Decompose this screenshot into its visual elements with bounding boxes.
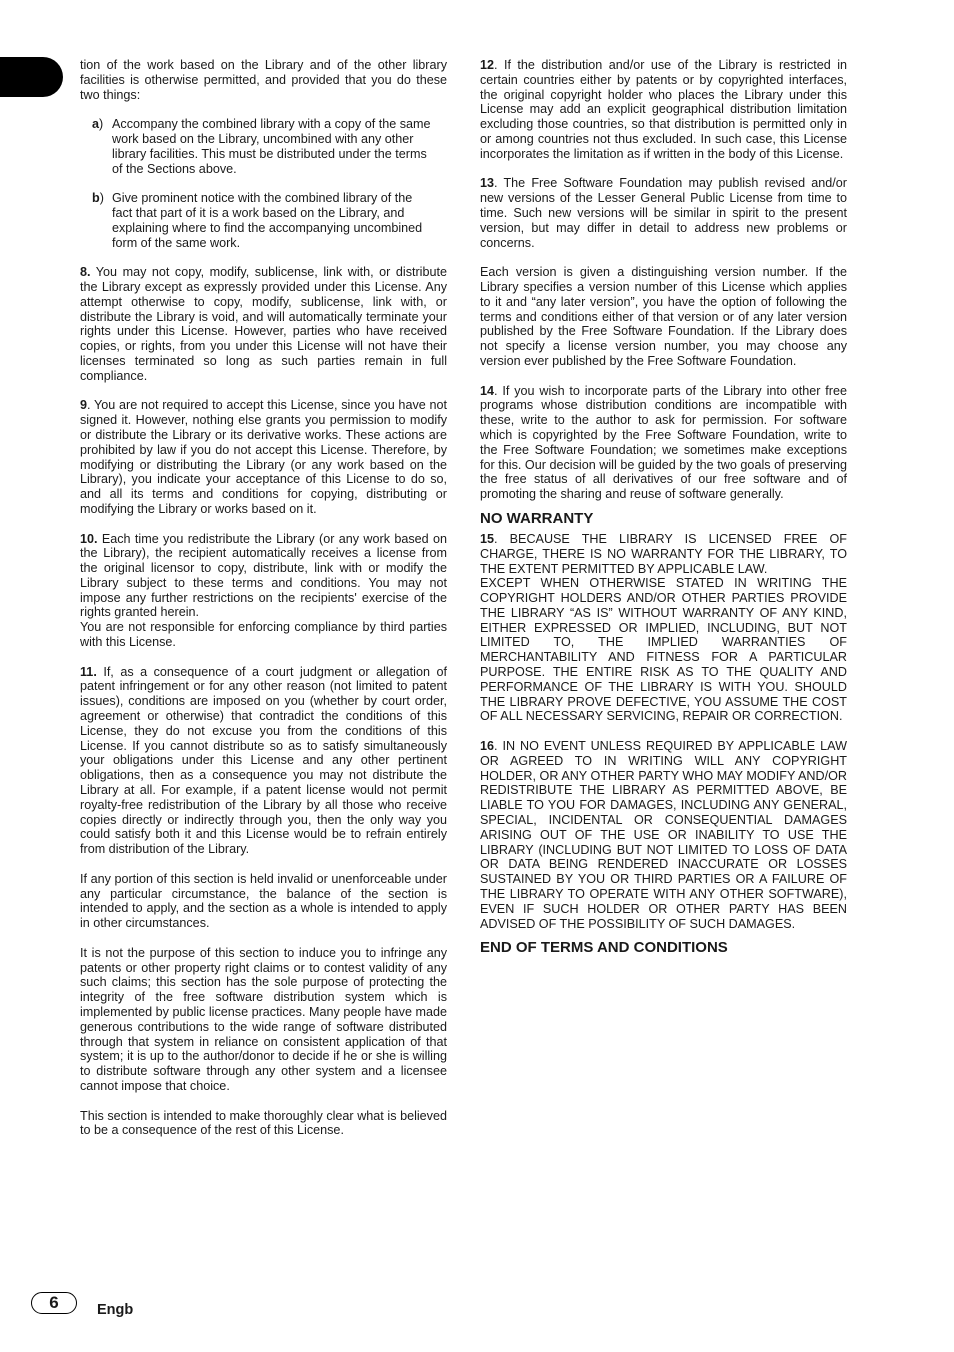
list-label-b: b (92, 191, 100, 205)
heading-end-of-terms: END OF TERMS AND CONDITIONS (480, 939, 847, 957)
list-text-a: Accompany the combined library with a co… (112, 117, 435, 176)
right-column: 12. If the distribution and/or use of th… (480, 58, 847, 961)
section-15-extra: EXCEPT WHEN OTHERWISE STATED IN WRITING … (480, 576, 847, 724)
section-13: 13. The Free Software Foundation may pub… (480, 176, 847, 250)
page-number-badge: 6 (31, 1292, 77, 1314)
section-11: 11. If, as a consequence of a court judg… (80, 665, 447, 857)
list-label-a: a (92, 117, 99, 131)
language-code: Engb (97, 1302, 133, 1318)
list-item-b: b) Give prominent notice with the combin… (92, 191, 447, 250)
section-9: 9. You are not required to accept this L… (80, 398, 447, 516)
paragraph-version: Each version is given a distinguishing v… (480, 265, 847, 369)
heading-no-warranty: NO WARRANTY (480, 510, 847, 528)
section-8: 8. You may not copy, modify, sublicense,… (80, 265, 447, 383)
paragraph-clear: This section is intended to make thoroug… (80, 1109, 447, 1139)
section-16: 16. IN NO EVENT UNLESS REQUIRED BY APPLI… (480, 739, 847, 931)
section-10-extra: You are not responsible for enforcing co… (80, 620, 447, 650)
intro-paragraph: tion of the work based on the Library an… (80, 58, 447, 102)
section-15: 15. BECAUSE THE LIBRARY IS LICENSED FREE… (480, 532, 847, 576)
section-14: 14. If you wish to incorporate parts of … (480, 384, 847, 502)
paragraph-purpose: It is not the purpose of this section to… (80, 946, 447, 1094)
paragraph-invalid-portion: If any portion of this section is held i… (80, 872, 447, 931)
left-column: tion of the work based on the Library an… (80, 58, 447, 1153)
section-12: 12. If the distribution and/or use of th… (480, 58, 847, 162)
list-item-a: a) Accompany the combined library with a… (92, 117, 447, 176)
page-footer: 6 Engb (31, 1288, 133, 1318)
section-10: 10. Each time you redistribute the Libra… (80, 532, 447, 621)
section-tab-marker (0, 57, 63, 97)
list-text-b: Give prominent notice with the combined … (112, 191, 435, 250)
